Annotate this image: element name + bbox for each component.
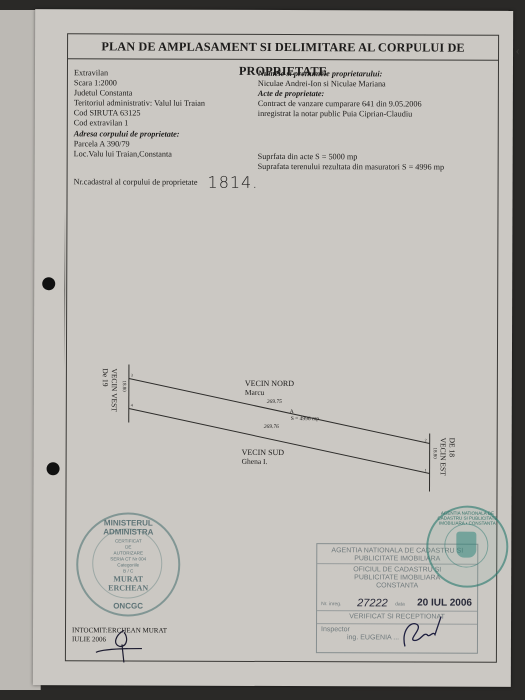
west-length: 18.80 <box>121 380 126 392</box>
east-length: 18.80 <box>432 448 437 460</box>
north-length: 269.75 <box>267 399 282 405</box>
document-page: PLAN DE AMPLASAMENT SI DELIMITARE AL COR… <box>33 9 513 687</box>
agency-seal: AGENTIA NATIONALA DE CADASTRU SI PUBLICI… <box>426 506 508 588</box>
coat-of-arms-icon <box>456 532 476 558</box>
registration-row: Nr. inreg. 27222 data 20 IUL 2006 <box>317 590 477 612</box>
stamp-name: MURAT <box>78 574 178 583</box>
document-frame: PLAN DE AMPLASAMENT SI DELIMITARE AL COR… <box>65 33 499 663</box>
parcel-label: A <box>290 409 294 415</box>
punch-hole-bottom <box>47 462 60 475</box>
north-name: Marcu <box>245 388 265 397</box>
surveyor-signature <box>94 628 144 662</box>
margin-annotation: ‹ <box>515 44 520 60</box>
surveyor-stamp: MINISTERUL ADMINISTRA CERTIFICAT DE AUTO… <box>76 512 180 616</box>
south-name: Ghena I. <box>242 457 268 466</box>
point-4: 4 <box>131 403 133 408</box>
east-label: VECIN EST <box>439 438 448 477</box>
west-name: De 19 <box>101 368 110 386</box>
east-name: DE 18 <box>448 438 457 458</box>
point-1: 1 <box>425 468 427 473</box>
stamp-name: ERCHEAN <box>78 583 178 592</box>
point-3: 3 <box>131 373 133 378</box>
stamp-center: CERTIFICAT DE AUTORIZARE SERIA CT Nr 004… <box>78 538 178 592</box>
stamp-ring-bottom: ONCGC <box>78 601 178 610</box>
west-label: VECIN VEST <box>110 368 119 412</box>
reg-no-label: Nr. inreg. <box>321 600 341 608</box>
south-boundary <box>129 408 430 473</box>
south-label: VECIN SUD <box>242 448 285 457</box>
reg-date: 20 IUL 2006 <box>417 600 472 608</box>
point-2: 2 <box>425 438 427 443</box>
south-length: 269.76 <box>264 424 279 430</box>
punch-hole-top <box>42 277 55 290</box>
north-boundary <box>129 378 430 443</box>
inspector-signature <box>397 610 457 650</box>
reg-number: 27222 <box>357 599 388 607</box>
date-label: data <box>395 600 405 608</box>
north-label: VECIN NORD <box>245 379 294 388</box>
stamp-ring-top: MINISTERUL ADMINISTRA <box>78 518 178 536</box>
parcel-area: S = 4996 mp <box>291 416 320 422</box>
